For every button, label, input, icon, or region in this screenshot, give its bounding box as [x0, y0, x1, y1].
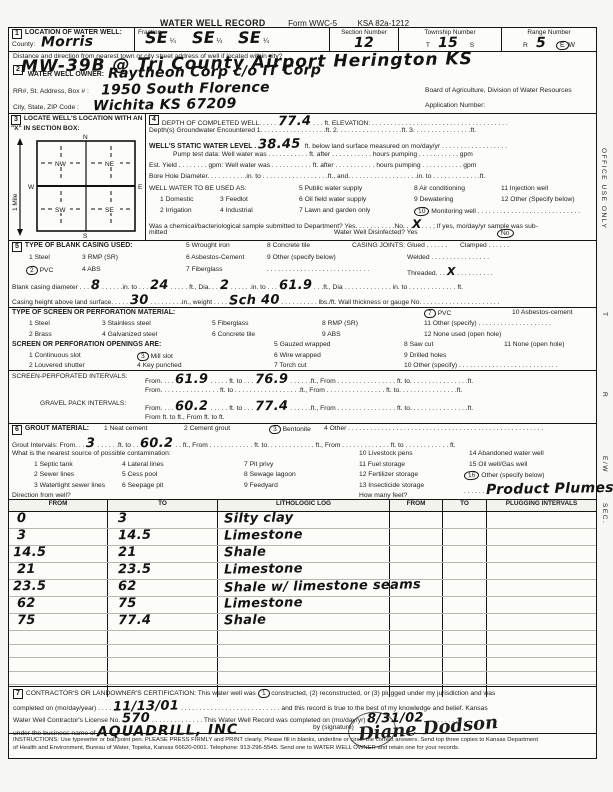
- depth-label: DEPTH OF COMPLETED WELL. . . . .: [162, 120, 276, 127]
- litho-from[interactable]: 62: [9, 597, 108, 613]
- water-well-record-form: WATER WELL RECORD Form WWC-5 KSA 82a-121…: [0, 0, 613, 792]
- screen-option-9[interactable]: 9 ABS: [322, 331, 341, 338]
- fraction-cell: Fraction SE ¼ SE ¼ SE ¼: [134, 28, 329, 51]
- casing-option-5[interactable]: 5 Wrought iron: [186, 242, 230, 249]
- opening-option-5[interactable]: 5 Gauzed wrapped: [274, 341, 331, 348]
- grout-heading: GROUT MATERIAL:: [25, 425, 89, 432]
- gravel-intervals-row2[interactable]: From ft. to ft., From ft. to ft.: [145, 414, 225, 421]
- plug-to[interactable]: [443, 658, 487, 671]
- contam-option-16-circled[interactable]: 16: [464, 470, 480, 480]
- quarter-2: ¼: [217, 38, 223, 45]
- contam-option-11[interactable]: 11 Fuel storage: [359, 461, 405, 468]
- casing-option-9[interactable]: 9 Other (specify below): [267, 254, 336, 261]
- section-number-value[interactable]: 12: [354, 36, 374, 50]
- county-label: County:: [12, 41, 35, 48]
- plug-to[interactable]: [443, 614, 487, 630]
- screen-option-4[interactable]: 4 Galvanized steel: [102, 331, 157, 338]
- township-cell: Township Number T 15 S: [398, 28, 501, 51]
- form-body: 1LOCATION OF WATER WELL: County: Morris …: [8, 27, 597, 759]
- section-depth: 4DEPTH OF COMPLETED WELL. . . . .77.4. .…: [146, 114, 596, 240]
- township-s: S: [470, 42, 474, 49]
- litho-to[interactable]: [108, 631, 218, 644]
- section4-numbox: 4: [149, 115, 159, 125]
- how-many-feet[interactable]: How many feet?: [359, 492, 407, 499]
- litho-from[interactable]: 75: [9, 614, 108, 630]
- litho-to[interactable]: [108, 658, 218, 671]
- use-option-4[interactable]: 4 Industrial: [220, 207, 253, 214]
- range-label: Range Number: [505, 29, 593, 36]
- section3-numbox: 3: [11, 115, 21, 125]
- casing-option-3[interactable]: 3 RMP (SR): [82, 254, 118, 261]
- range-r: R: [523, 42, 528, 49]
- screen-option-7-label[interactable]: PVC: [436, 310, 452, 317]
- office-range-label: R: [601, 392, 608, 398]
- gravel-interval-from[interactable]: 60.2: [175, 400, 209, 414]
- screen-option-6[interactable]: 6 Concrete tile: [212, 331, 255, 338]
- board-of-agriculture: Board of Agriculture, Division of Water …: [425, 87, 572, 94]
- screen-interval-from[interactable]: 61.9: [175, 373, 209, 387]
- plug-interval[interactable]: [487, 546, 596, 562]
- owner-city-label: City, State, ZIP Code :: [13, 104, 79, 111]
- township-t: T: [426, 42, 430, 49]
- litho-log[interactable]: Shale: [218, 546, 390, 562]
- sample-mitted: mitted: [149, 229, 167, 236]
- plug-to[interactable]: [443, 631, 487, 644]
- bore-hole-line: Bore Hole Diameter. . . . . . . . . . .i…: [149, 173, 593, 185]
- distance-answer-overlay: MW-39B @ Tri County Airport Herington KS: [21, 55, 473, 72]
- screen-intervals-row2[interactable]: From. . . . . . . . . . . . . . . . ft. …: [145, 387, 462, 394]
- plug-interval[interactable]: [487, 512, 596, 528]
- threaded-x[interactable]: X: [447, 266, 456, 277]
- section6-numbox: 6: [12, 425, 22, 435]
- casing-joints-glued[interactable]: CASING JOINTS: Glued . . . . . .: [352, 242, 447, 249]
- disinfected-no-circled[interactable]: No: [497, 228, 514, 238]
- contam-option-8[interactable]: 8 Sewage lagoon: [244, 471, 296, 478]
- litho-from[interactable]: 14.5: [9, 546, 108, 562]
- quarter-3: ¼: [263, 38, 269, 45]
- gravel-interval-to[interactable]: 77.4: [255, 400, 289, 414]
- office-use-only-label: OFFICE USE ONLY: [600, 148, 607, 248]
- plug-interval[interactable]: [487, 672, 596, 685]
- screen-option-1[interactable]: 1 Steel: [29, 320, 50, 327]
- table-row: 62 75 Limestone: [9, 597, 596, 614]
- casing-other-dots: . . . . . . . . . . . . . . . . . . . . …: [267, 266, 369, 273]
- plug-to[interactable]: [443, 512, 487, 528]
- owner-address[interactable]: 1950 South Florence: [101, 81, 270, 98]
- use-option-1[interactable]: 1 Domestic: [160, 196, 193, 203]
- screen-option-5[interactable]: 5 Fiberglass: [212, 320, 248, 327]
- col-header-plugging: PLUGGING INTERVALS: [487, 500, 596, 511]
- casing-option-2-circled[interactable]: 2: [26, 266, 38, 276]
- table-row-empty: [9, 631, 596, 645]
- section-locate-depth: 3LOCATE WELL'S LOCATION WITH AN "X" IN S…: [9, 114, 596, 241]
- plug-interval[interactable]: [487, 658, 596, 671]
- groundwater-line: Depth(s) Groundwater Encountered 1. . . …: [149, 127, 593, 138]
- litho-log[interactable]: Silty clay: [218, 512, 390, 528]
- si-post: . . . . . .ft., From . . . . . . . . . .…: [289, 378, 474, 385]
- table-row-empty: [9, 672, 596, 686]
- litho-to[interactable]: [108, 672, 218, 685]
- range-value[interactable]: 5: [536, 36, 546, 50]
- plug-to[interactable]: [443, 672, 487, 685]
- table-row: 3 14.5 Limestone: [9, 529, 596, 546]
- plug-interval[interactable]: [487, 529, 596, 545]
- section-location: 1LOCATION OF WATER WELL: County: Morris …: [9, 28, 596, 52]
- use-option-7[interactable]: 7 Lawn and garden only: [299, 207, 370, 214]
- contam-option-15[interactable]: 15 Oil well/Gas well: [469, 461, 527, 468]
- static-level-label: WELL'S STATIC WATER LEVEL .: [149, 143, 256, 150]
- quarter-1: ¼: [170, 38, 176, 45]
- use-option-5[interactable]: 5 Public water supply: [299, 185, 362, 192]
- plug-from[interactable]: [390, 614, 443, 630]
- office-sec-label: SEC.: [601, 503, 608, 524]
- table-row: 21 23.5 Limestone: [9, 563, 596, 580]
- contam-option-13[interactable]: 13 Insecticide storage: [359, 482, 424, 489]
- col-header-to2: TO: [443, 500, 487, 511]
- litho-log[interactable]: [218, 658, 390, 671]
- casing-option-7[interactable]: 7 Fiberglass: [186, 266, 222, 273]
- grout-interval-from[interactable]: 3: [86, 437, 96, 450]
- col-header-from: FROM: [9, 500, 108, 511]
- plug-interval[interactable]: [487, 614, 596, 630]
- contam-option-1[interactable]: 1 Septic tank: [34, 461, 73, 468]
- plug-interval[interactable]: [487, 631, 596, 644]
- contam-other-dots: . . . . . .: [464, 488, 486, 495]
- pump-test-line: Pump test data: Well water was . . . . .…: [149, 151, 593, 162]
- static-level-post: ft. below land surface measured on mo/da…: [303, 143, 507, 150]
- plug-interval[interactable]: [487, 580, 596, 596]
- direction-from-well[interactable]: Direction from well?: [12, 492, 71, 499]
- contam-other-value[interactable]: Product Plumes: [486, 480, 613, 496]
- fraction-3[interactable]: SE: [238, 30, 261, 46]
- range-east-circled[interactable]: E: [555, 41, 568, 51]
- fraction-2[interactable]: SE: [191, 30, 214, 46]
- casing-height-m: . . . . . . . . .in., weight . . . .: [149, 299, 229, 306]
- contam-option-16-label[interactable]: Other (specify below): [479, 472, 544, 479]
- use-option-2[interactable]: 2 Irrigation: [160, 207, 192, 214]
- plug-interval[interactable]: [487, 645, 596, 658]
- plug-to[interactable]: [443, 645, 487, 658]
- opening-option-9[interactable]: 9 Drilled holes: [404, 352, 446, 359]
- compass-e: E: [138, 184, 143, 191]
- table-row-empty: [9, 645, 596, 659]
- screen-option-10[interactable]: 10 Asbestos-cement: [512, 309, 573, 316]
- contam-option-14[interactable]: 14 Abandoned water well: [469, 450, 544, 457]
- plug-from[interactable]: [390, 546, 443, 562]
- plug-to[interactable]: [443, 529, 487, 545]
- fraction-1[interactable]: SE: [145, 30, 168, 46]
- cert-line1-end: constructed, (2) reconstructed, or (3) p…: [269, 690, 495, 697]
- opening-option-11[interactable]: 11 None (open hole): [504, 341, 564, 348]
- cert-constructed-circled[interactable]: 1: [257, 689, 269, 699]
- grout-option-1[interactable]: 1 Neat cement: [104, 425, 148, 432]
- contam-option-7[interactable]: 7 Pit privy: [244, 461, 273, 468]
- casing-joints-threaded[interactable]: Threaded. . .: [407, 270, 447, 277]
- application-number-label: Application Number:: [425, 102, 485, 109]
- grout-option-3-label[interactable]: Bentonite: [281, 426, 311, 433]
- contam-option-10[interactable]: 10 Livestock pens: [359, 450, 413, 457]
- contam-option-6[interactable]: 6 Seepage pit: [122, 482, 163, 489]
- section-casing: 5TYPE OF BLANK CASING USED: 5 Wrought ir…: [9, 241, 596, 308]
- grout-mid: . . . . . .ft. to . .: [96, 442, 141, 449]
- county-value[interactable]: Morris: [41, 35, 94, 50]
- litho-from[interactable]: [9, 645, 108, 658]
- litho-to[interactable]: 3: [108, 512, 218, 528]
- grout-post: . . ft., From . . . . . . . . . . . . ft…: [174, 442, 456, 449]
- litho-log[interactable]: Limestone: [218, 563, 390, 579]
- plug-from[interactable]: [390, 597, 443, 613]
- screen-option-12[interactable]: 12 None used (open hole): [424, 331, 501, 338]
- plug-interval[interactable]: [487, 597, 596, 613]
- casing-weight-value[interactable]: Sch 40: [229, 294, 280, 308]
- use-option-3[interactable]: 3 Feedlot: [220, 196, 248, 203]
- litho-log[interactable]: Limestone: [218, 597, 390, 613]
- plug-from[interactable]: [390, 672, 443, 685]
- casing-joints-clamped[interactable]: Clamped . . . . . .: [460, 242, 509, 249]
- casing-height-value[interactable]: 30: [130, 294, 149, 307]
- owner-city[interactable]: Wichita KS 67209: [93, 97, 237, 114]
- screen-option-11[interactable]: 11 Other (specify) . . . . . . . . . . .…: [424, 320, 551, 327]
- litho-to[interactable]: 75: [108, 597, 218, 613]
- litho-log[interactable]: Shale: [218, 614, 390, 630]
- grout-option-3-circled[interactable]: 3: [269, 425, 281, 435]
- casing-diameter-label: Blank casing diameter . . .: [12, 284, 91, 291]
- screen-option-8[interactable]: 8 RMP (SR): [322, 320, 358, 327]
- casing-dia-1[interactable]: 8: [91, 279, 101, 292]
- use-option-9[interactable]: 9 Dewatering: [414, 196, 453, 203]
- casing-option-2-label[interactable]: PVC: [38, 267, 54, 274]
- cert-business-name[interactable]: AQUADRILL, INC: [97, 723, 238, 739]
- litho-to[interactable]: [108, 645, 218, 658]
- col-header-from2: FROM: [390, 500, 443, 511]
- township-value[interactable]: 15: [438, 36, 458, 50]
- opening-option-3-circled[interactable]: 3: [137, 351, 149, 361]
- opening-option-2[interactable]: 2 Louvered shutter: [29, 362, 85, 369]
- litho-from[interactable]: [9, 658, 108, 671]
- litho-to[interactable]: 14.5: [108, 529, 218, 545]
- use-option-8[interactable]: 8 Air conditioning: [414, 185, 465, 192]
- section1-numbox: 1: [12, 29, 22, 39]
- use-option-6[interactable]: 6 Oil field water supply: [299, 196, 366, 203]
- section5-numbox: 5: [12, 242, 22, 252]
- contam-option-3[interactable]: 3 Watertight sewer lines: [34, 482, 105, 489]
- opening-option-8[interactable]: 8 Saw cut: [404, 341, 433, 348]
- threaded-dots: . . . . . . . . . .: [456, 270, 493, 277]
- section-locate: 3LOCATE WELL'S LOCATION WITH AN "X" IN S…: [9, 114, 146, 240]
- gi-pre: From. . . .: [145, 405, 175, 412]
- casing-height-post: . . . . . . . . . . lbs./ft. Wall thickn…: [280, 299, 500, 306]
- use-option-10-circled[interactable]: 10: [414, 206, 430, 216]
- litho-log[interactable]: Shale w/ limestone seams: [218, 580, 390, 596]
- casing-dia-m2: . . . . . ft., Dia. . .: [169, 284, 220, 291]
- litho-to[interactable]: 21: [108, 546, 218, 562]
- use-option-10-dots: . . . . . . . . . . . . . . . . . . . . …: [476, 208, 580, 215]
- section-intervals: SCREEN-PERFORATED INTERVALS: From. . . .…: [9, 371, 596, 424]
- contam-option-2[interactable]: 2 Sewer lines: [34, 471, 74, 478]
- compass-s: S: [83, 233, 88, 239]
- instructions-line2: of Health and Environment, Bureau of Wat…: [13, 744, 592, 752]
- col-header-to: TO: [108, 500, 218, 511]
- compass-w: W: [28, 184, 35, 191]
- litho-to[interactable]: 62: [108, 580, 218, 596]
- grout-option-4[interactable]: 4 Other . . . . . . . . . . . . . . . . …: [324, 425, 543, 432]
- owner-address-label: RR#, St. Address, Box # :: [13, 88, 89, 95]
- contam-option-4[interactable]: 4 Lateral lines: [122, 461, 164, 468]
- si-mid: . . . . . ft. to . . .: [209, 378, 255, 385]
- opening-option-3-label[interactable]: Mill slot: [149, 353, 173, 360]
- casing-height-label: Casing height above land surface. . . . …: [12, 299, 130, 306]
- casing-option-8[interactable]: 8 Concrete tile: [267, 242, 310, 249]
- lithologic-table: FROM TO LITHOLOGIC LOG FROM TO PLUGGING …: [9, 500, 596, 687]
- casing-heading: TYPE OF BLANK CASING USED:: [25, 242, 133, 249]
- plug-from[interactable]: [390, 512, 443, 528]
- casing-option-4[interactable]: 4 ABS: [82, 266, 101, 273]
- section-certification: 7CONTRACTOR'S OR LANDOWNER'S CERTIFICATI…: [9, 687, 596, 734]
- screen-option-2[interactable]: 2 Brass: [29, 331, 52, 338]
- opening-option-7[interactable]: 7 Torch cut: [274, 362, 307, 369]
- use-heading: WELL WATER TO BE USED AS:: [149, 185, 247, 192]
- casing-dia-m3: . . . . . .in. to . . .: [229, 284, 279, 291]
- use-option-11[interactable]: 11 Injection well: [501, 185, 548, 192]
- plug-from[interactable]: [390, 658, 443, 671]
- openings-heading: SCREEN OR PERFORATION OPENINGS ARE:: [12, 341, 161, 348]
- cert-license-label: Water Well Contractor's License No.: [13, 717, 122, 724]
- plug-to[interactable]: [443, 580, 487, 596]
- cert-line1: CONTRACTOR'S OR LANDOWNER'S CERTIFICATIO…: [26, 690, 258, 697]
- litho-log[interactable]: Limestone: [218, 529, 390, 545]
- plug-to[interactable]: [443, 563, 487, 579]
- litho-from[interactable]: 23.5: [9, 580, 108, 596]
- section7-numbox: 7: [13, 689, 23, 699]
- quad-nw: NW: [55, 161, 67, 168]
- grout-interval-to[interactable]: 60.2: [140, 437, 174, 451]
- use-option-10-label[interactable]: Monitoring well: [429, 208, 475, 215]
- plug-from[interactable]: [390, 529, 443, 545]
- quad-sw: SW: [55, 207, 66, 214]
- casing-option-6[interactable]: 6 Asbestos-Cement: [186, 254, 244, 261]
- gravel-intervals-label: GRAVEL PACK INTERVALS:: [40, 400, 126, 407]
- screen-material-heading: TYPE OF SCREEN OR PERFORATION MATERIAL:: [12, 309, 175, 316]
- casing-dia-m4: . . .ft., Dia . . . . . . . . . . . . . …: [312, 284, 463, 291]
- range-west: W: [568, 42, 575, 49]
- casing-joints-welded[interactable]: Welded . . . . . . . . . . . . . . . .: [407, 254, 489, 261]
- gi-mid: . . . . . ft. to . . .: [209, 405, 255, 412]
- disinfected-question: Water Well Disinfected? Yes: [334, 229, 418, 236]
- one-mile-label: 1 Mile: [12, 193, 19, 211]
- range-cell: Range Number R 5 EW: [501, 28, 596, 51]
- grout-option-2[interactable]: 2 Cement grout: [184, 425, 230, 432]
- contam-option-12[interactable]: 12 Fertilizer storage: [359, 471, 418, 478]
- plug-from[interactable]: [390, 645, 443, 658]
- quad-se: SE: [105, 207, 114, 214]
- litho-from[interactable]: [9, 672, 108, 685]
- litho-log[interactable]: [218, 672, 390, 685]
- casing-dia-m1: . . . . . .in. to . . .: [100, 284, 150, 291]
- casing-option-1[interactable]: 1 Steel: [29, 254, 50, 261]
- contam-option-5[interactable]: 5 Cess pool: [122, 471, 157, 478]
- cert-business-label: under the business name of: [13, 730, 97, 737]
- col-header-log: LITHOLOGIC LOG: [218, 500, 390, 511]
- opening-option-10[interactable]: 10 Other (specify) . . . . . . . . . . .…: [404, 362, 557, 369]
- litho-from[interactable]: [9, 631, 108, 644]
- cert-line2-end: . . . . . . . . . . . . . . . . . . . . …: [179, 705, 488, 712]
- plug-from[interactable]: [390, 631, 443, 644]
- casing-dia-2[interactable]: 24: [150, 279, 169, 292]
- section-grout: 6GROUT MATERIAL: 1 Neat cement 2 Cement …: [9, 424, 596, 500]
- depth-post: . . . ft. ELEVATION: . . . . . . . . . .…: [313, 120, 507, 127]
- screen-intervals-label: SCREEN-PERFORATED INTERVALS:: [12, 373, 128, 380]
- grout-intervals-label: Grout Intervals: From. . .: [12, 442, 86, 449]
- litho-to[interactable]: 77.4: [108, 614, 218, 630]
- litho-from[interactable]: 21: [9, 563, 108, 579]
- plug-to[interactable]: [443, 546, 487, 562]
- si-pre: From. . . .: [145, 378, 175, 385]
- section-number-cell: Section Number 12: [329, 28, 398, 51]
- opening-option-6[interactable]: 6 Wire wrapped: [274, 352, 321, 359]
- contamination-question: What is the nearest source of possible c…: [12, 450, 171, 457]
- plug-to[interactable]: [443, 597, 487, 613]
- contam-option-9[interactable]: 9 Feedyard: [244, 482, 278, 489]
- static-level-value[interactable]: 38.45: [258, 138, 301, 152]
- county-cell: 1LOCATION OF WATER WELL: County: Morris: [9, 28, 134, 51]
- litho-from[interactable]: 0: [9, 512, 108, 528]
- litho-log[interactable]: [218, 645, 390, 658]
- casing-dia-3[interactable]: 2: [219, 279, 229, 292]
- compass-n: N: [83, 134, 88, 141]
- est-yield-line: Est. Yield . . . . . . . . gpm: Well wat…: [149, 162, 593, 173]
- litho-from[interactable]: 3: [9, 529, 108, 545]
- section-screen: TYPE OF SCREEN OR PERFORATION MATERIAL: …: [9, 308, 596, 371]
- screen-option-7-circled[interactable]: 7: [424, 309, 436, 319]
- litho-log[interactable]: [218, 631, 390, 644]
- screen-option-3[interactable]: 3 Stainless steel: [102, 320, 151, 327]
- table-row-empty: [9, 658, 596, 672]
- locate-heading: LOCATE WELL'S LOCATION WITH AN "X" IN SE…: [11, 115, 143, 132]
- screen-interval-to[interactable]: 76.9: [255, 373, 289, 387]
- table-row: 75 77.4 Shale: [9, 614, 596, 631]
- plug-interval[interactable]: [487, 563, 596, 579]
- opening-option-4[interactable]: 4 Key punched: [137, 362, 182, 369]
- office-township-label: T: [601, 312, 608, 318]
- opening-option-1[interactable]: 1 Continuous slot: [29, 352, 81, 359]
- casing-dia-4[interactable]: 61.9: [279, 279, 313, 293]
- litho-to[interactable]: 23.5: [108, 563, 218, 579]
- quad-ne: NE: [105, 161, 115, 168]
- cert-completed-label: completed on (mo/day/year) . . . .: [13, 705, 113, 712]
- section-box-diagram[interactable]: 1 Mile N S W E: [11, 133, 144, 239]
- gi-post: . . . . . .ft., From . . . . . . . . . .…: [289, 405, 474, 412]
- office-ew-label: E/W: [601, 456, 608, 473]
- use-option-12[interactable]: 12 Other (Specify below): [501, 196, 575, 203]
